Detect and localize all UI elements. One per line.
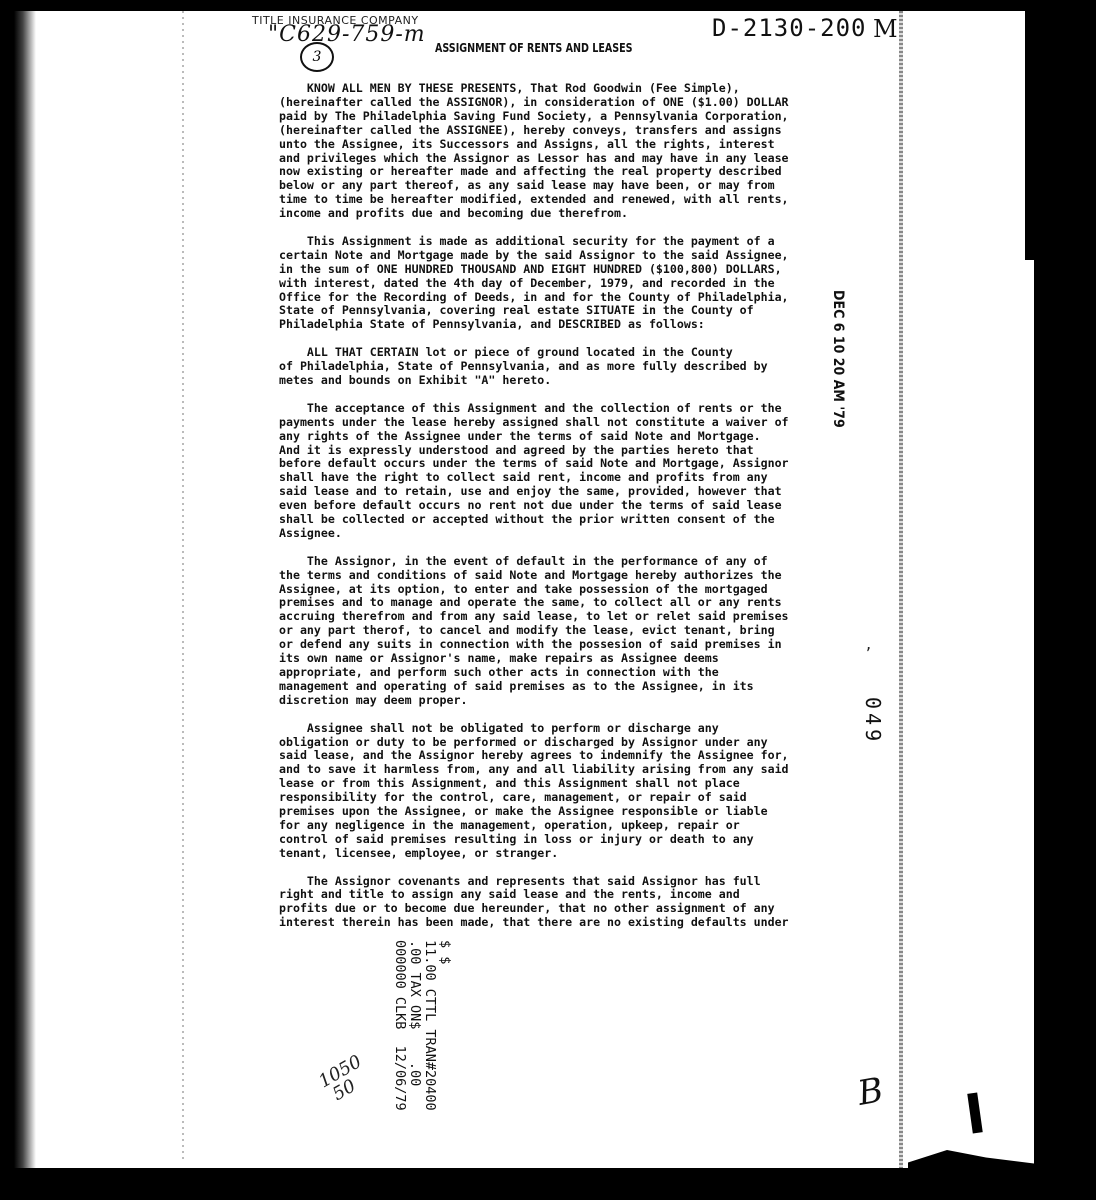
scan-artifact-line-right [899, 11, 903, 1168]
scan-border-bottom [0, 1168, 1096, 1200]
margin-tick: ’ [864, 646, 872, 662]
paragraph-know-all-men: KNOW ALL MEN BY THESE PRESENTS, That Rod… [279, 82, 819, 221]
paragraph-covenants: The Assignor covenants and represents th… [279, 875, 819, 931]
document-body: KNOW ALL MEN BY THESE PRESENTS, That Rod… [279, 82, 819, 944]
paragraph-not-obligated: Assignee shall not be obligated to perfo… [279, 722, 819, 861]
page-number-stamp: 049 [861, 697, 885, 745]
document-number: D-2130-200 [712, 14, 867, 42]
recording-date-stamp: DEC 6 10 20 AM '79 [830, 290, 846, 428]
handwritten-reference: "C629-759-m [268, 22, 426, 47]
scan-shadow-left [14, 11, 36, 1168]
recording-receipt: $ $ 11.00 CTTL TRAN#20400 .00 TAX ON$ .0… [392, 940, 452, 1111]
scan-artifact-line-left [182, 11, 184, 1161]
paragraph-acceptance: The acceptance of this Assignment and th… [279, 402, 819, 541]
paragraph-all-that-certain: ALL THAT CERTAIN lot or piece of ground … [279, 346, 819, 388]
corner-handwritten-mark: M [873, 15, 898, 43]
paragraph-additional-security: This Assignment is made as additional se… [279, 235, 819, 332]
document-page-edge [1020, 260, 1034, 1168]
paragraph-event-of-default: The Assignor, in the event of default in… [279, 555, 819, 708]
document-title: ASSIGNMENT OF RENTS AND LEASES [435, 40, 633, 55]
circled-number: 3 [300, 42, 334, 72]
